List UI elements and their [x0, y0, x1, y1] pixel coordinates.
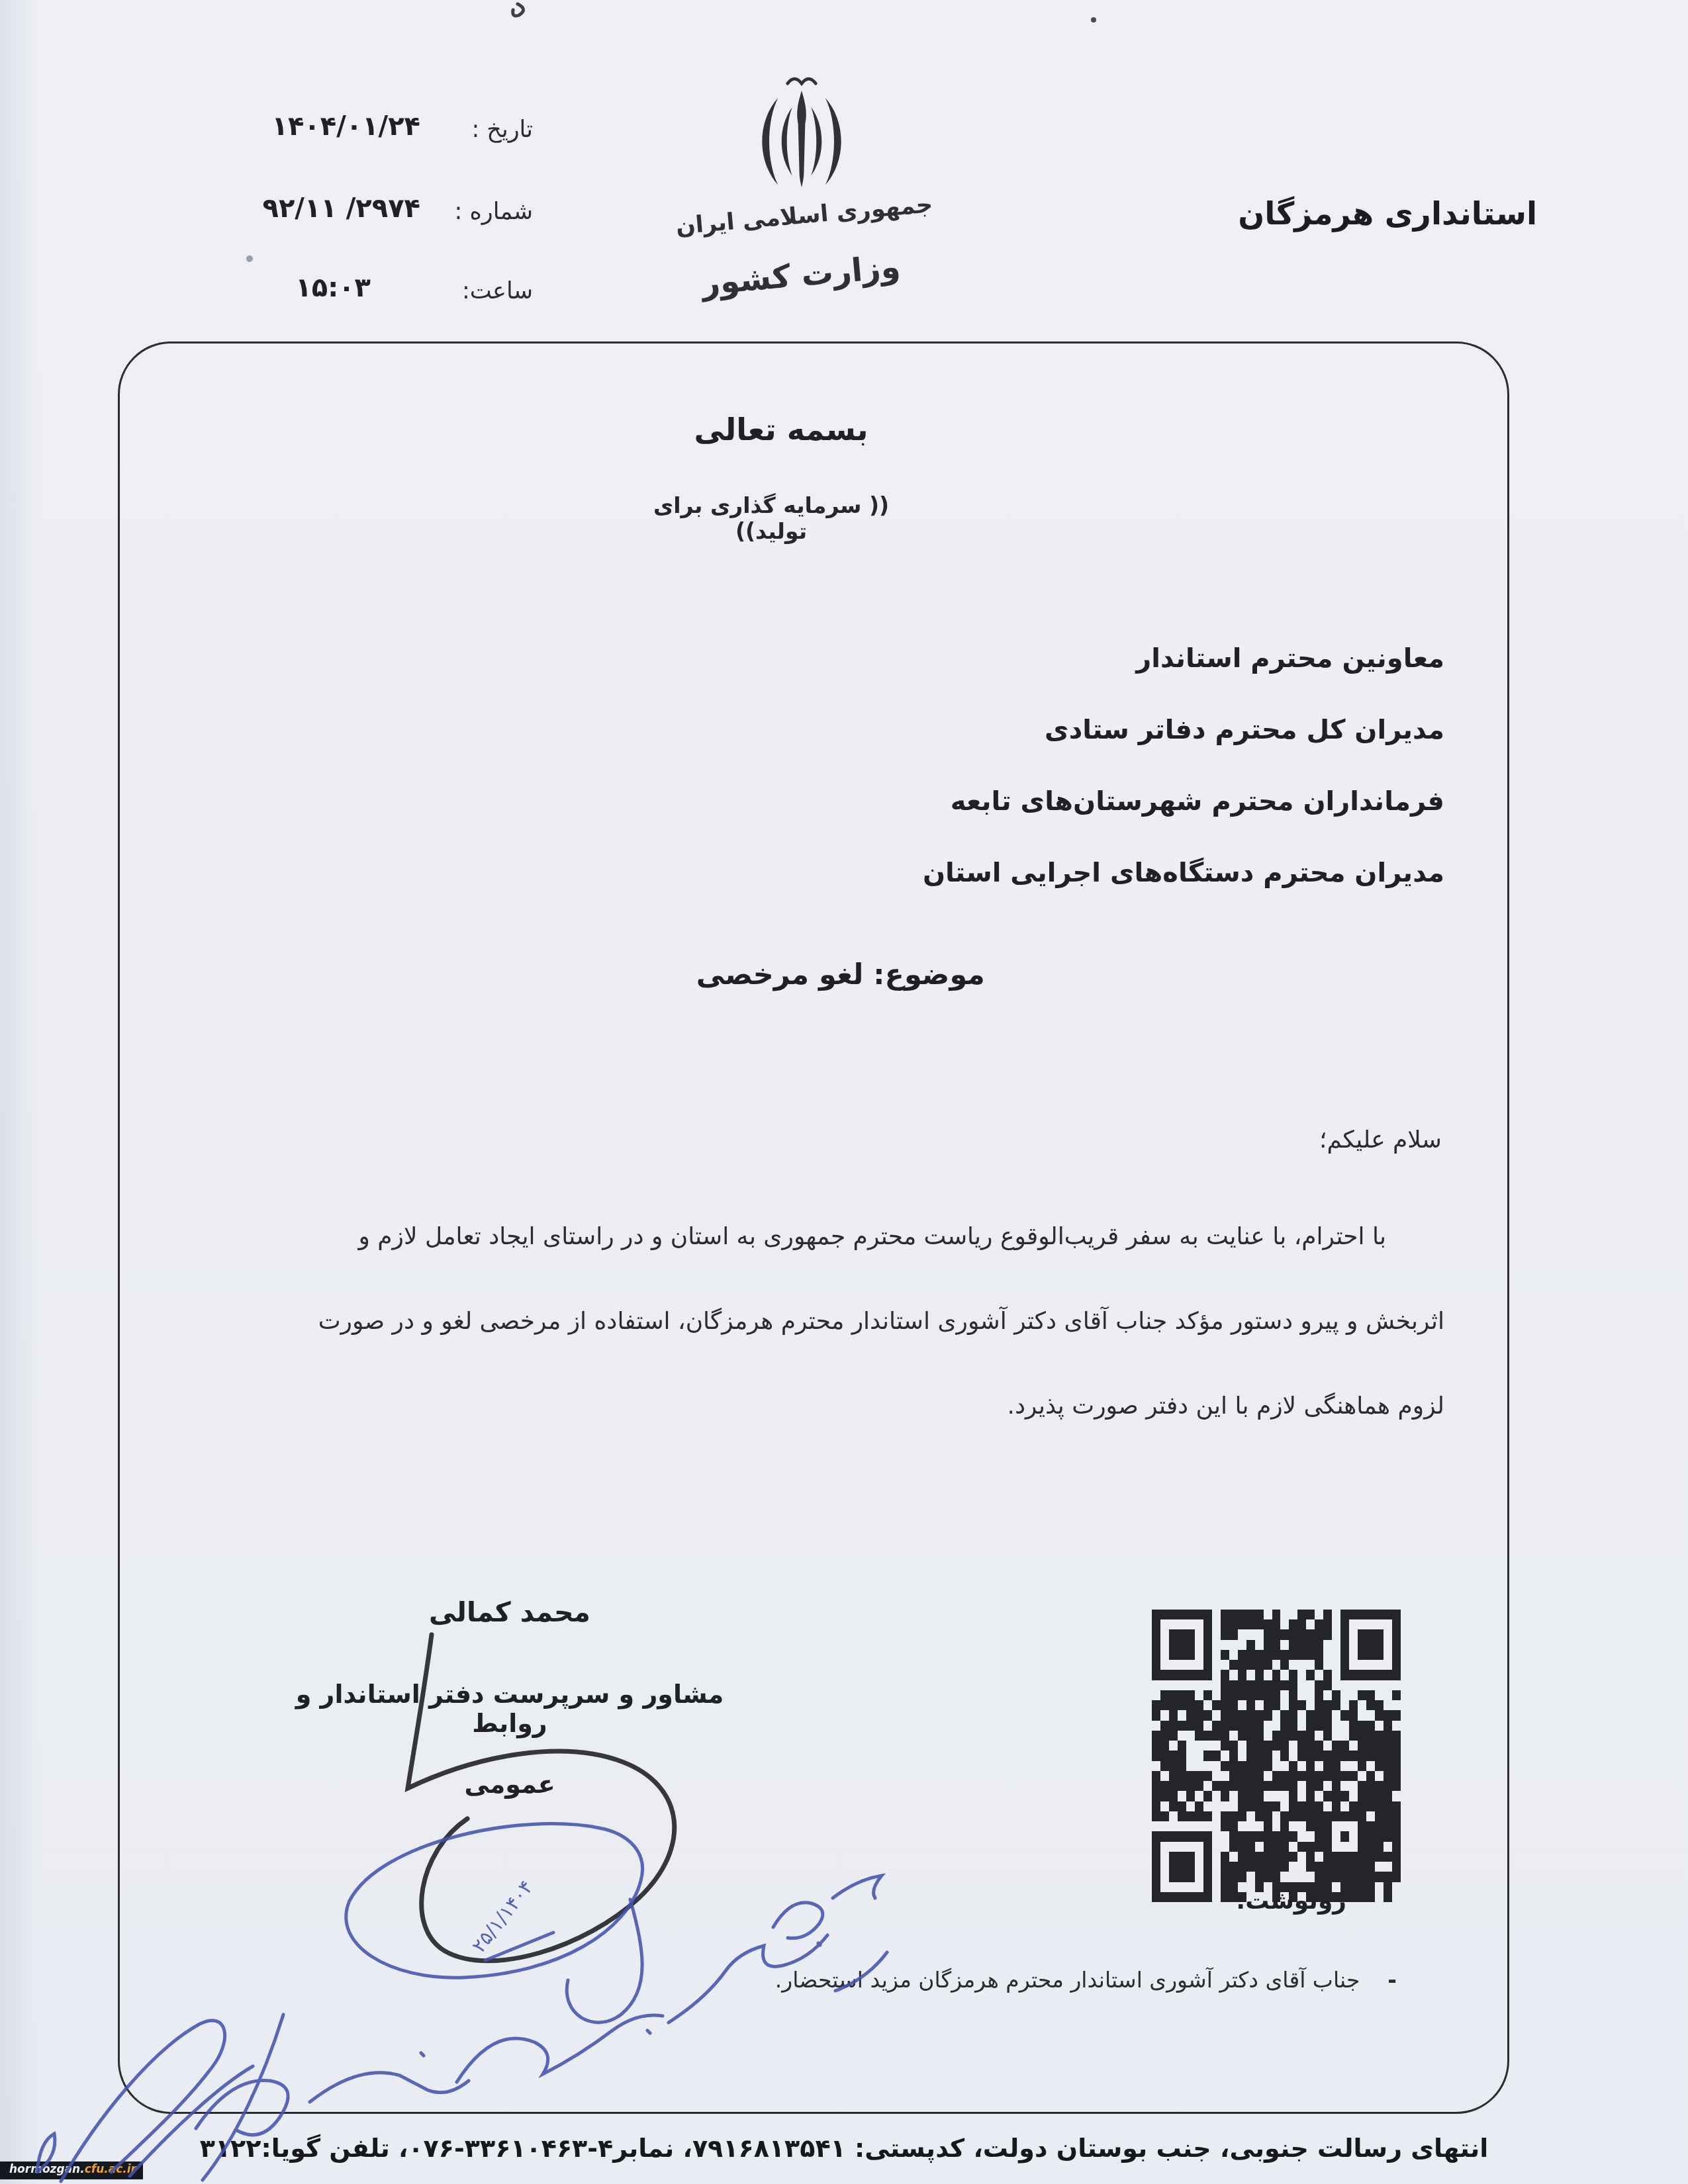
signer-name: محمد کمالی — [278, 1596, 741, 1628]
date-label: تاریخ : — [471, 116, 533, 143]
watermark-badge: hormozgan.cfu.ac.ir — [0, 2161, 143, 2179]
signer-title-line1: مشاور و سرپرست دفتر استاندار و روابط — [278, 1680, 741, 1738]
recipient-line: مدیران محترم دستگاه‌های اجرایی استان — [923, 858, 1444, 888]
cc-item: -جناب آقای دکتر آشوری استاندار محترم هرم… — [775, 1967, 1397, 1993]
year-slogan: (( سرمایه گذاری برای تولید)) — [616, 492, 927, 544]
subject-line: موضوع: لغو مرخصی — [696, 958, 985, 991]
cc-bullet: - — [1387, 1967, 1397, 1993]
signature-block: محمد کمالی مشاور و سرپرست دفتر استاندار … — [278, 1596, 741, 1799]
cc-item-text: جناب آقای دکتر آشوری استاندار محترم هرمز… — [775, 1967, 1360, 1993]
scanned-letter-page: تاریخ : ۱۴۰۴/۰۱/۲۴ شماره : ۹۲/۱۱ /۲۹۷۴ س… — [0, 0, 1688, 2184]
qr-code — [1152, 1610, 1401, 1902]
salutation: سلام علیکم؛ — [1319, 1126, 1442, 1154]
scan-edge-shadow — [0, 0, 40, 2184]
besmellah-heading: بسمه تعالی — [649, 412, 914, 447]
time-label: ساعت: — [462, 278, 533, 304]
organization-name: استانداری هرمزگان — [1238, 196, 1537, 232]
body-line-1: با احترام، با عنایت به سفر قریب‌الوقوع ر… — [359, 1223, 1445, 1250]
body-line-2: اثربخش و پیرو دستور مؤکد جناب آقای دکتر … — [318, 1308, 1444, 1335]
recipient-line: معاونین محترم استاندار — [923, 643, 1444, 674]
footer-address: انتهای رسالت جنوبی، جنب بوستان دولت، کدپ… — [0, 2134, 1688, 2163]
signer-title-line2: عمومی — [278, 1770, 741, 1799]
cc-label: رونوشت: — [1236, 1888, 1346, 1915]
recipient-list: معاونین محترم استاندار مدیران کل محترم د… — [923, 643, 1444, 929]
recipient-line: مدیران کل محترم دفاتر ستادی — [923, 715, 1444, 745]
number-label: شماره : — [455, 199, 533, 225]
watermark-suffix: cfu.ac.ir — [85, 2163, 136, 2176]
time-value: ۱۵:۰۳ — [295, 273, 371, 303]
number-value: ۹۲/۱۱ /۲۹۷۴ — [263, 193, 420, 224]
iran-emblem-icon — [740, 74, 863, 204]
date-value: ۱۴۰۴/۰۱/۲۴ — [271, 111, 420, 142]
recipient-line: فرمانداران محترم شهرستان‌های تابعه — [923, 786, 1444, 817]
body-line-3: لزوم هماهنگی لازم با این دفتر صورت پذیرد… — [1008, 1392, 1444, 1420]
ministry-caption: وزارت کشور — [697, 248, 905, 303]
watermark-prefix: hormozgan. — [9, 2163, 85, 2176]
